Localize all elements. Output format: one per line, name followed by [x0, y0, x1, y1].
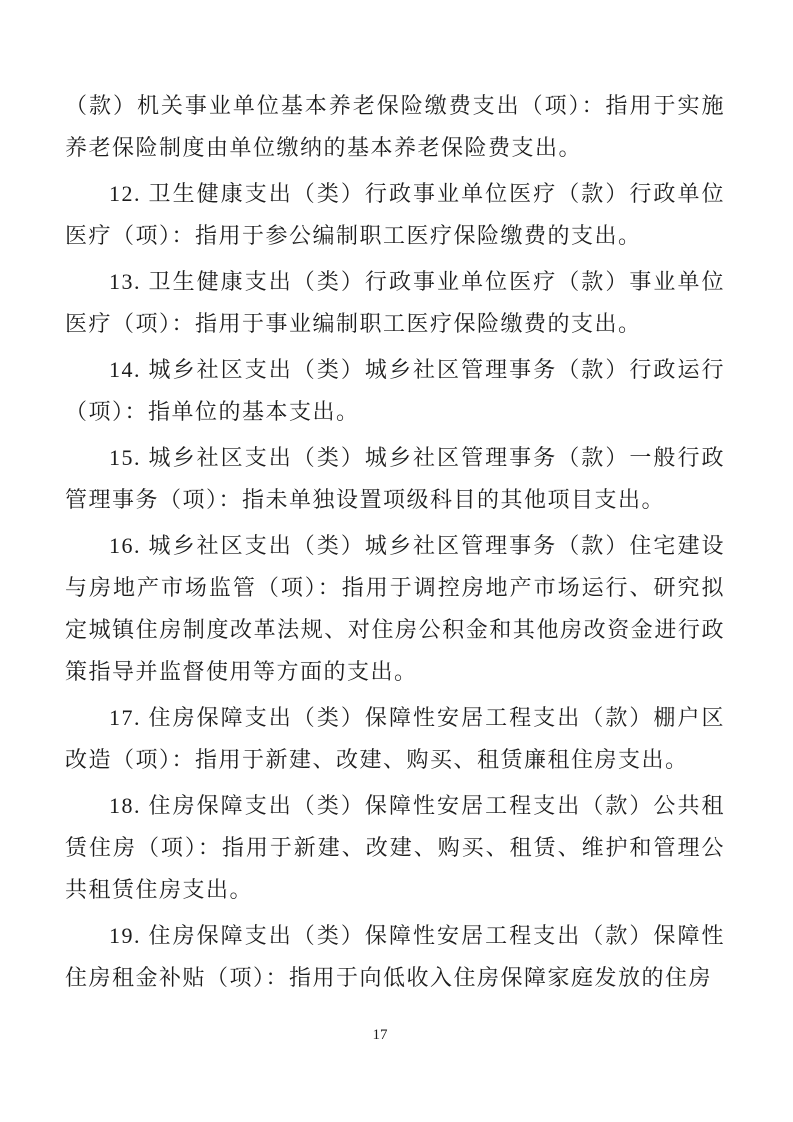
document-body: （款）机关事业单位基本养老保险缴费支出（项）：指用于实施养老保险制度由单位缴纳的…: [65, 85, 725, 1003]
page-number: 17: [373, 1027, 388, 1043]
paragraph-item-18: 18. 住房保障支出（类）保障性安居工程支出（款）公共租赁住房（项）：指用于新建…: [65, 785, 725, 911]
paragraph-item-13: 13. 卫生健康支出（类）行政事业单位医疗（款）事业单位医疗（项）：指用于事业编…: [65, 261, 725, 345]
document-page: （款）机关事业单位基本养老保险缴费支出（项）：指用于实施养老保险制度由单位缴纳的…: [0, 0, 793, 1122]
paragraph-item-16: 16. 城乡社区支出（类）城乡社区管理事务（款）住宅建设与房地产市场监管（项）：…: [65, 525, 725, 693]
paragraph-item-14: 14. 城乡社区支出（类）城乡社区管理事务（款）行政运行（项）：指单位的基本支出…: [65, 349, 725, 433]
paragraph-item-12: 12. 卫生健康支出（类）行政事业单位医疗（款）行政单位医疗（项）：指用于参公编…: [65, 173, 725, 257]
page-footer: 17: [0, 1026, 760, 1044]
paragraph-item-19: 19. 住房保障支出（类）保障性安居工程支出（款）保障性住房租金补贴（项）：指用…: [65, 915, 725, 999]
paragraph-item-15: 15. 城乡社区支出（类）城乡社区管理事务（款）一般行政管理事务（项）：指未单独…: [65, 437, 725, 521]
paragraph-item-17: 17. 住房保障支出（类）保障性安居工程支出（款）棚户区改造（项）：指用于新建、…: [65, 697, 725, 781]
paragraph-item-11-continuation: （款）机关事业单位基本养老保险缴费支出（项）：指用于实施养老保险制度由单位缴纳的…: [65, 85, 725, 169]
